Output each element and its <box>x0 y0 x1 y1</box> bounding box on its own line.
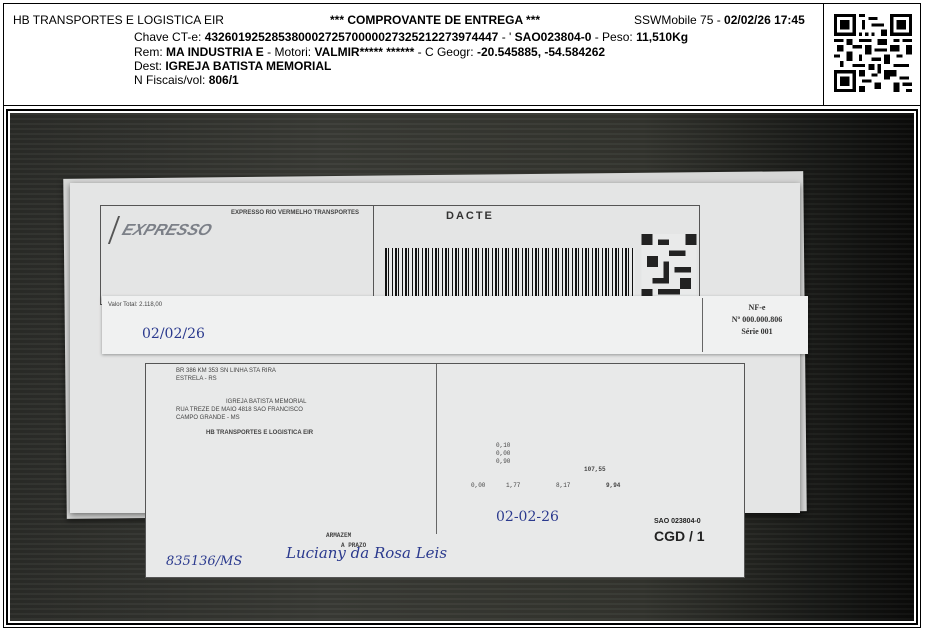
nf-line: N Fiscais/vol: 806/1 <box>134 73 239 87</box>
app-label: SSWMobile 75 - <box>634 13 724 27</box>
unit-stamp: CGD / 1 <box>654 528 705 544</box>
total-2: 0,00 <box>496 450 510 457</box>
nf-label: N Fiscais/vol: <box>134 73 209 87</box>
nfe-type: NF-e <box>707 302 807 314</box>
rem-label: Rem: <box>134 45 166 59</box>
handwritten-receipt-date: 02/02/26 <box>142 326 205 342</box>
peso-value: 11,510Kg <box>636 30 688 44</box>
carrier-address: BR 386 KM 353 SN LINHA STA RIRA <box>176 368 276 375</box>
tax-4: 9,94 <box>606 482 620 489</box>
total-4: 107,55 <box>584 466 606 473</box>
app-datetime: SSWMobile 75 - 02/02/26 17:45 <box>634 13 805 27</box>
handwritten-delivery-date: 02-02-26 <box>496 509 559 525</box>
dest-line: Dest: IGREJA BATISTA MEMORIAL <box>134 59 331 73</box>
nfe-box: NF-e Nº 000.000.806 Série 001 <box>707 302 807 338</box>
dacte-title: DACTE <box>446 210 494 222</box>
ctrc-value: SAO023804-0 <box>515 30 592 44</box>
delivery-photo: EXPRESSO RIO VERMELHO TRANSPORTES EXPRES… <box>10 113 914 621</box>
company-name: HB TRANSPORTES E LOGISTICA EIR <box>13 13 224 27</box>
total-3: 0,90 <box>496 458 510 465</box>
rem-value: MA INDUSTRIA E <box>166 45 264 59</box>
barcode <box>385 248 635 296</box>
carrier-name: HB TRANSPORTES E LOGISTICA EIR <box>206 430 313 437</box>
delivery-photo-frame: EXPRESSO RIO VERMELHO TRANSPORTES EXPRES… <box>6 109 918 625</box>
armazem-label: ARMAZEM <box>326 532 351 539</box>
dacte-header-box: EXPRESSO RIO VERMELHO TRANSPORTES EXPRES… <box>100 205 700 305</box>
receipt-header: HB TRANSPORTES E LOGISTICA EIR *** COMPR… <box>3 3 921 106</box>
motori-value: VALMIR***** ****** <box>314 45 414 59</box>
datetime: 02/02/26 17:45 <box>724 13 805 27</box>
divider <box>373 206 374 304</box>
handwritten-document: 835136/MS <box>166 554 242 569</box>
peso-label: - Peso: <box>591 30 636 44</box>
chave-value: 4326019252853800027257000002732521227397… <box>205 30 499 44</box>
ctrc-stamp: SAO 023804-0 <box>654 518 701 525</box>
tax-1: 0,00 <box>471 482 485 489</box>
dacte-company: EXPRESSO RIO VERMELHO TRANSPORTES <box>231 210 359 217</box>
company-logo: EXPRESSO <box>108 216 210 244</box>
chave-line: Chave CT-e: 4326019252853800027257000002… <box>134 30 688 44</box>
total-1: 0,10 <box>496 442 510 449</box>
qr-box <box>823 3 921 106</box>
nfe-value-total: Valor Total: 2.118,00 <box>108 302 162 309</box>
dacte-body: BR 386 KM 353 SN LINHA STA RIRA ESTRELA … <box>145 363 745 578</box>
carrier-city: ESTRELA - RS <box>176 376 217 383</box>
nf-value: 806/1 <box>209 73 239 87</box>
nfe-number: Nº 000.000.806 <box>707 314 807 326</box>
nfe-receipt-strip: Valor Total: 2.118,00 02/02/26 NF-e Nº 0… <box>102 296 808 354</box>
chave-label: Chave CT-e: <box>134 30 205 44</box>
recipient-address: RUA TREZE DE MAIO 4818 SAO FRANCISCO <box>176 407 303 414</box>
receipt-title: *** COMPROVANTE DE ENTREGA *** <box>330 13 540 27</box>
logo-mark: EXPRESSO <box>119 222 214 240</box>
dest-value: IGREJA BATISTA MEMORIAL <box>165 59 331 73</box>
rem-line: Rem: MA INDUSTRIA E - Motori: VALMIR****… <box>134 45 605 59</box>
dest-label: Dest: <box>134 59 165 73</box>
qr-code-icon <box>834 13 912 93</box>
tax-2: 1,77 <box>506 482 520 489</box>
separator: - ' <box>498 30 514 44</box>
recipient-name: IGREJA BATISTA MEMORIAL <box>226 399 306 406</box>
divider <box>702 298 703 352</box>
dacte-qr-icon <box>641 234 697 300</box>
recipient-city: CAMPO GRANDE - MS <box>176 415 240 422</box>
motori-label: - Motori: <box>264 45 315 59</box>
geo-value: -20.545885, -54.584262 <box>477 45 605 59</box>
geo-label: - C Geogr: <box>414 45 477 59</box>
tax-3: 8,17 <box>556 482 570 489</box>
nfe-series: Série 001 <box>707 326 807 338</box>
divider <box>436 364 437 534</box>
handwritten-name: Luciany da Rosa Leis <box>286 544 447 562</box>
